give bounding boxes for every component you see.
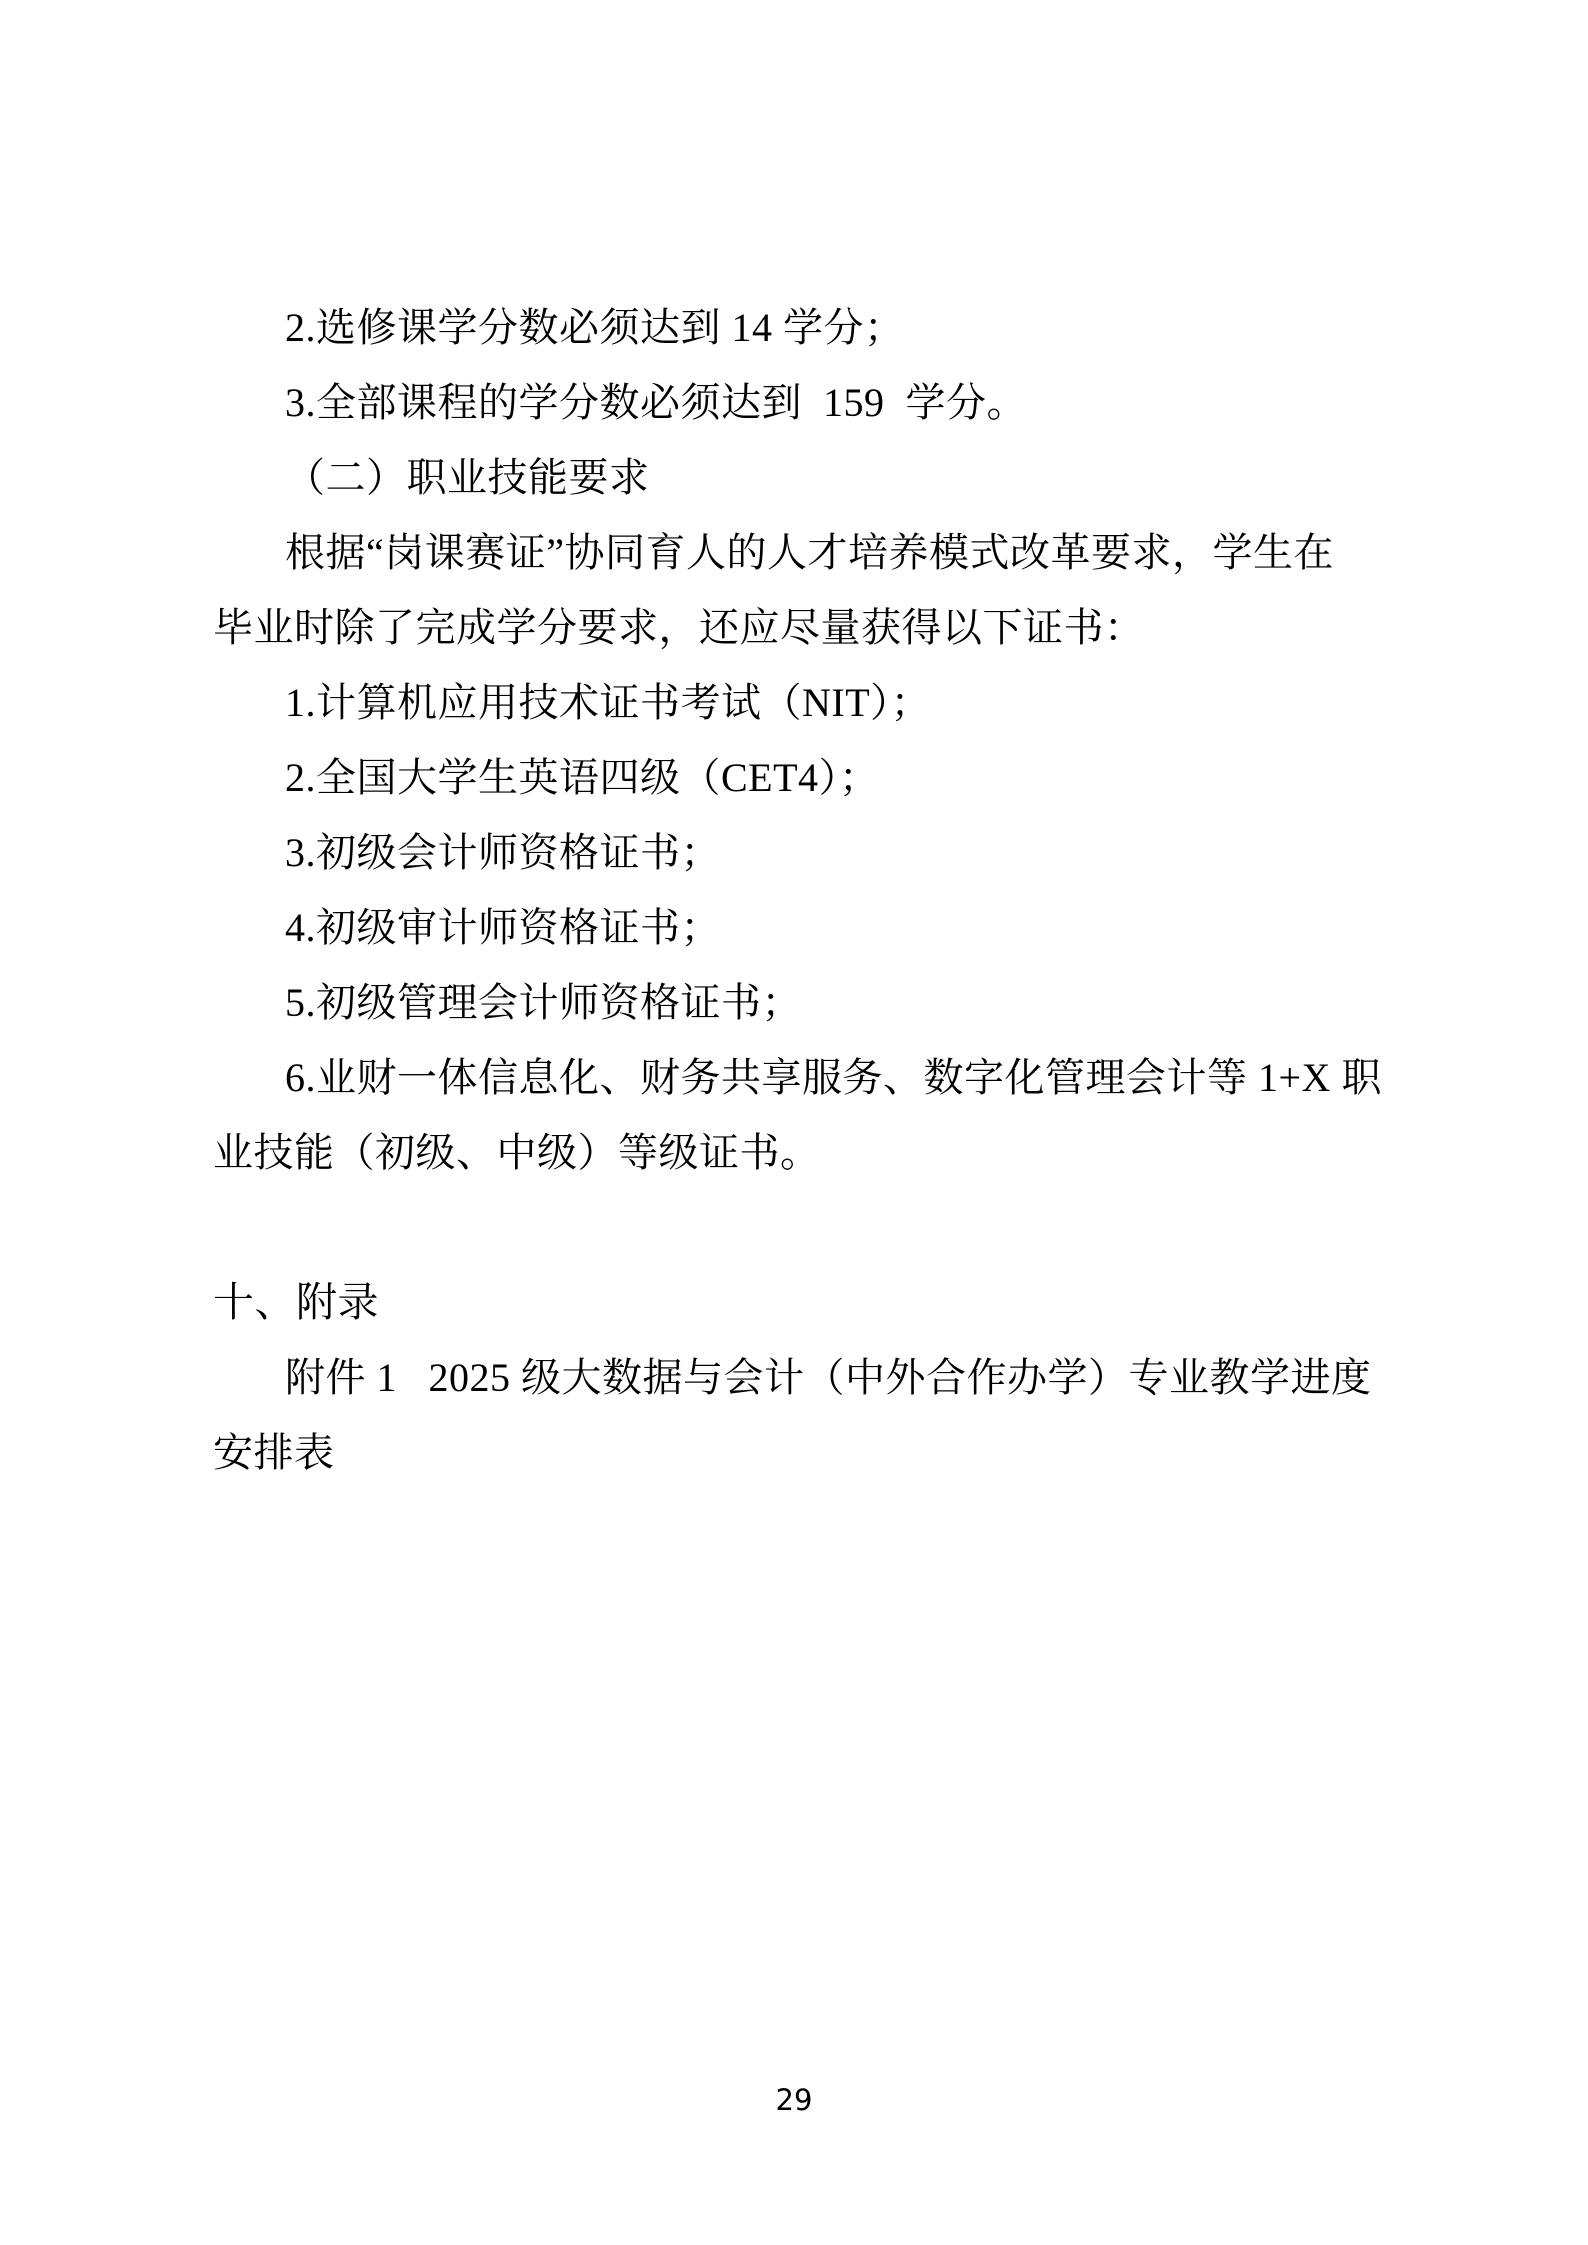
document-page: 2.选修课学分数必须达到 14 学分； 3.全部课程的学分数必须达到 159 学… [0,0,1588,2245]
body-line-cert-4: 4.初级审计师资格证书； [213,890,1375,965]
body-line-cert-1: 1.计算机应用技术证书考试（NIT）； [213,665,1375,740]
subsection-heading-skills: （二）职业技能要求 [213,440,1375,515]
section-heading-appendix: 十、附录 [213,1265,1375,1340]
blank-line [213,1190,1375,1265]
body-line-cert-2: 2.全国大学生英语四级（CET4）； [213,740,1375,815]
document-body: 2.选修课学分数必须达到 14 学分； 3.全部课程的学分数必须达到 159 学… [213,290,1375,1490]
body-line-cert-6a: 6.业财一体信息化、财务共享服务、数字化管理会计等 1+X 职 [213,1040,1375,1115]
body-line-cert-5: 5.初级管理会计师资格证书； [213,965,1375,1040]
body-line-cert-3: 3.初级会计师资格证书； [213,815,1375,890]
body-line-paragraph-1a: 根据“岗课赛证”协同育人的人才培养模式改革要求，学生在 [213,515,1375,590]
appendix-line-attachment-1a: 附件 1 2025 级大数据与会计（中外合作办学）专业教学进度 [213,1340,1375,1415]
appendix-line-attachment-1b: 安排表 [213,1415,1375,1490]
page-number: 29 [0,2085,1588,2115]
body-line-cert-6b: 业技能（初级、中级）等级证书。 [213,1115,1375,1190]
body-line-credit-total: 3.全部课程的学分数必须达到 159 学分。 [213,365,1375,440]
body-line-paragraph-1b: 毕业时除了完成学分要求，还应尽量获得以下证书： [213,590,1375,665]
body-line-credit-elective: 2.选修课学分数必须达到 14 学分； [213,290,1375,365]
